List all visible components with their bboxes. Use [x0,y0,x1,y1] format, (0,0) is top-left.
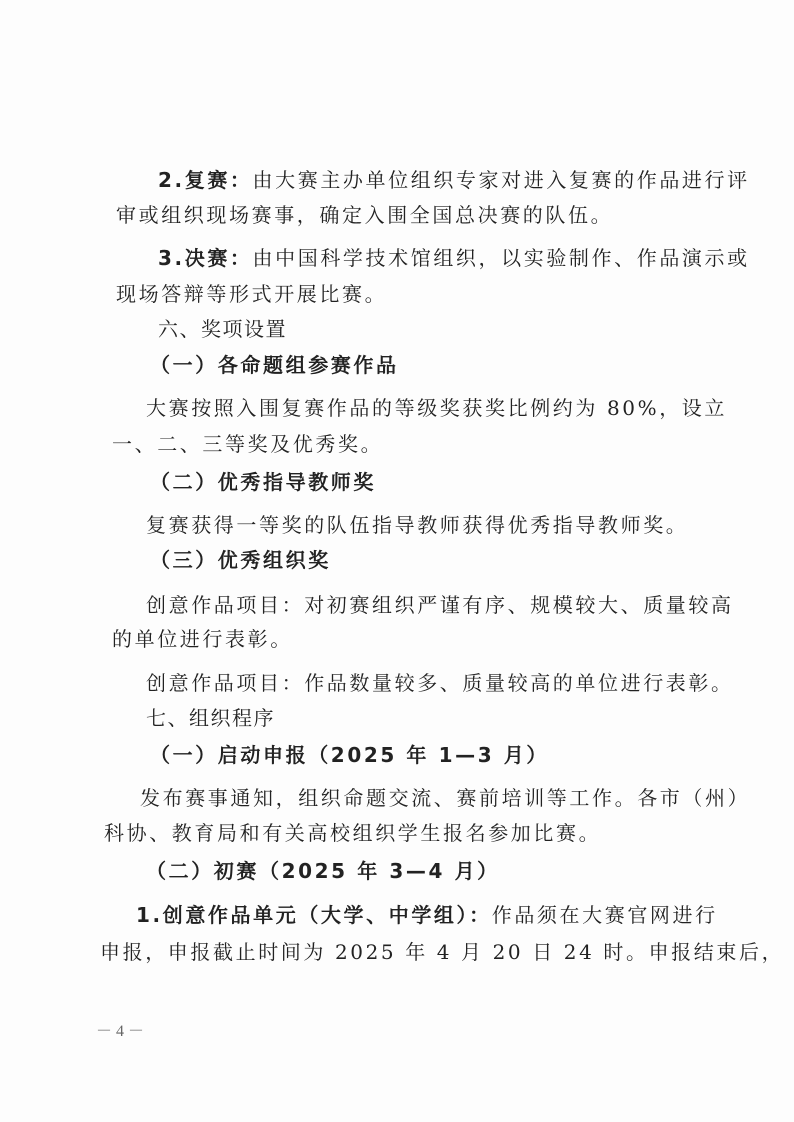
subheading-1: （一）各命题组参赛作品 [150,350,399,380]
section-heading-6: 六、奖项设置 [158,314,287,344]
text: 由中国科学技术馆组织，以实验制作、作品演示或 [253,246,750,270]
heading-text: 七、组织程序 [146,706,275,730]
paragraph-fusai: 2.复赛：由大赛主办单位组织专家对进入复赛的作品进行评 [158,165,750,195]
paragraph-line: 审或组织现场赛事，确定入围全国总决赛的队伍。 [116,200,613,230]
text: 科协、教育局和有关高校组织学生报名参加比赛。 [104,821,601,845]
text: 创意作品项目：对初赛组织严谨有序、规模较大、质量较高 [146,593,734,617]
paragraph-line: 大赛按照入围复赛作品的等级奖获奖比例约为 80%，设立 [146,393,727,423]
text: 现场答辩等形式开展比赛。 [116,282,387,306]
bold-label: 3.决赛： [158,246,253,270]
paragraph-line: 现场答辩等形式开展比赛。 [116,279,387,309]
paragraph-line: 发布赛事通知，组织命题交流、赛前培训等工作。各市（州） [140,783,750,813]
section-heading-7: 七、组织程序 [146,703,275,733]
text: 大赛按照入围复赛作品的等级奖获奖比例约为 80%，设立 [146,396,727,420]
paragraph-line: 创意作品项目：对初赛组织严谨有序、规模较大、质量较高 [146,590,734,620]
bold-label: 2.复赛： [158,168,253,192]
text: 发布赛事通知，组织命题交流、赛前培训等工作。各市（州） [140,786,750,810]
paragraph-line: 一、二、三等奖及优秀奖。 [112,429,383,459]
text: 的单位进行表彰。 [112,627,293,651]
subheading-text: （二）优秀指导教师奖 [150,470,376,494]
subheading-text: （一）启动申报（2025 年 1—3 月） [150,743,549,767]
paragraph-juesai: 3.决赛：由中国科学技术馆组织，以实验制作、作品演示或 [158,243,750,273]
page-number: － 4 － [96,1018,144,1041]
subheading-2: （二）优秀指导教师奖 [150,467,376,497]
text: 复赛获得一等奖的队伍指导教师获得优秀指导教师奖。 [146,513,688,537]
bold-label: 1.创意作品单元（大学、中学组）： [136,903,492,927]
text: 作品须在大赛官网进行 [492,903,718,927]
heading-text: 六、奖项设置 [158,317,287,341]
subheading-text: （三）优秀组织奖 [150,548,331,572]
paragraph-line: 复赛获得一等奖的队伍指导教师获得优秀指导教师奖。 [146,510,688,540]
text: 申报，申报截止时间为 2025 年 4 月 20 日 24 时。申报结束后， [100,940,784,964]
paragraph-line: 的单位进行表彰。 [112,624,293,654]
subheading-text: （一）各命题组参赛作品 [150,353,399,377]
text: 审或组织现场赛事，确定入围全国总决赛的队伍。 [116,203,613,227]
text: 由大赛主办单位组织专家对进入复赛的作品进行评 [253,168,750,192]
paragraph-line: 申报，申报截止时间为 2025 年 4 月 20 日 24 时。申报结束后， [100,937,784,967]
text: 创意作品项目：作品数量较多、质量较高的单位进行表彰。 [146,671,734,695]
paragraph-line: 科协、教育局和有关高校组织学生报名参加比赛。 [104,818,601,848]
text: 一、二、三等奖及优秀奖。 [112,432,383,456]
paragraph-line: 创意作品项目：作品数量较多、质量较高的单位进行表彰。 [146,668,734,698]
paragraph-creative-unit: 1.创意作品单元（大学、中学组）：作品须在大赛官网进行 [136,900,718,930]
subheading-preliminary: （二）初赛（2025 年 3—4 月） [146,856,500,886]
subheading-text: （二）初赛（2025 年 3—4 月） [146,859,500,883]
subheading-3: （三）优秀组织奖 [150,545,331,575]
subheading-launch: （一）启动申报（2025 年 1—3 月） [150,740,549,770]
